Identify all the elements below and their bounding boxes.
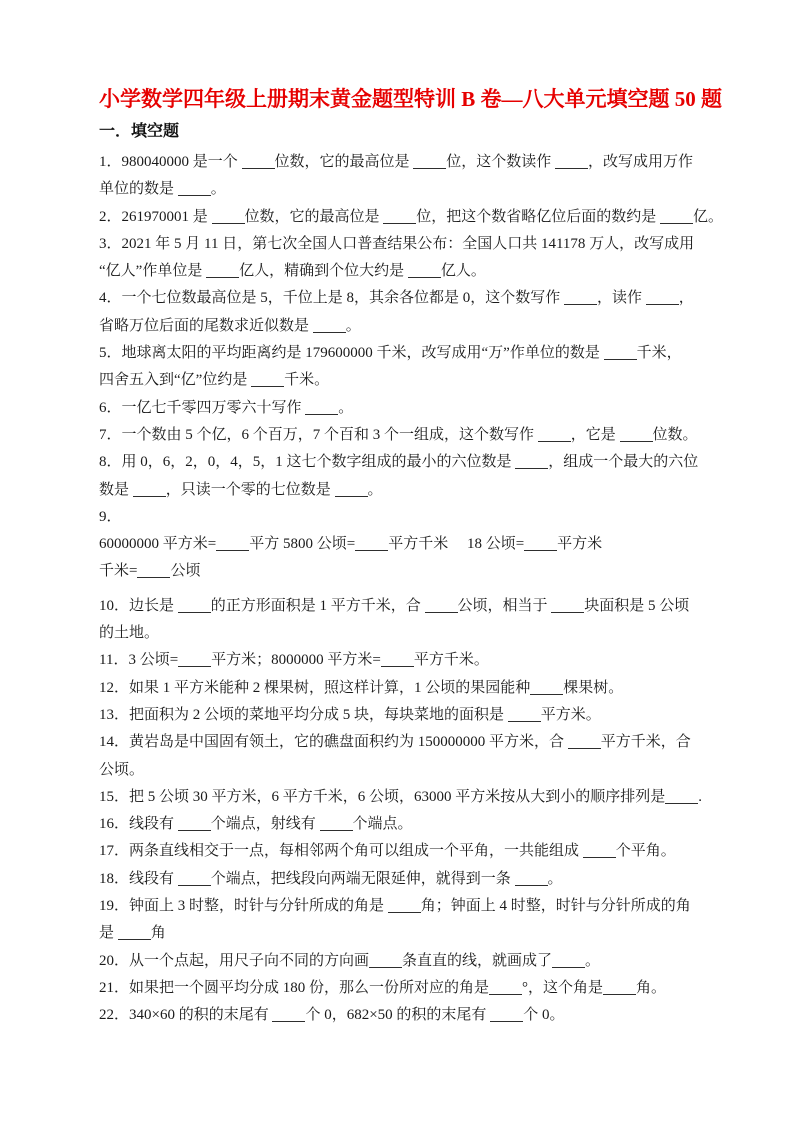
answer-blank [515,872,548,886]
answer-blank [369,954,402,968]
question-9: 9．60000000 平方米=平方 5800 公顷=平方千米 18 公顷=平方米… [99,504,751,586]
answer-blank [178,872,211,886]
answer-blank [242,155,275,169]
question-13: 13．把面积为 2 公顷的菜地平均分成 5 块，每块菜地的面积是 平方米。 [99,702,751,729]
question-11: 11．3 公顷=平方米；8000000 平方米=平方千米。 [99,647,751,674]
answer-blank [646,291,679,305]
question-6: 6．一亿七千零四万零六十写作 。 [99,395,751,422]
question-2: 2．261970001 是 位数，它的最高位是 位，把这个数省略亿位后面的数约是… [99,204,751,231]
answer-blank [216,537,249,551]
question-list: 1．980040000 是一个 位数，它的最高位是 位，这个数读作 ，改写成用万… [99,149,751,1030]
question-5: 5．地球离太阳的平均距离约是 179600000 千米，改写成用“万”作单位的数… [99,340,751,395]
answer-blank [206,264,239,278]
answer-blank [118,926,151,940]
answer-blank [552,954,585,968]
question-21: 21．如果把一个圆平均分成 180 份，那么一份所对应的角是°，这个角是角。 [99,975,751,1002]
answer-blank [355,537,388,551]
answer-blank [538,428,571,442]
question-16: 16．线段有 个端点，射线有 个端点。 [99,811,751,838]
answer-blank [425,599,458,613]
answer-blank [272,1008,305,1022]
question-10: 10．边长是 的正方形面积是 1 平方千米，合 公顷，相当于 块面积是 5 公顷… [99,593,751,648]
answer-blank [178,599,211,613]
answer-blank [305,401,338,415]
answer-blank [137,564,170,578]
question-17: 17．两条直线相交于一点，每相邻两个角可以组成一个平角，一共能组成 个平角。 [99,838,751,865]
answer-blank [583,844,616,858]
answer-blank [604,346,637,360]
answer-blank [408,264,441,278]
question-3: 3．2021 年 5 月 11 日，第七次全国人口普查结果公布：全国人口共 14… [99,231,751,286]
answer-blank [530,681,563,695]
question-15: 15．把 5 公顷 30 平方米，6 平方千米，6 公顷，63000 平方米按从… [99,784,751,811]
answer-blank [660,210,693,224]
answer-blank [320,817,353,831]
answer-blank [388,899,421,913]
answer-blank [133,483,166,497]
answer-blank [313,319,346,333]
question-18: 18．线段有 个端点，把线段向两端无限延伸，就得到一条 。 [99,866,751,893]
answer-blank [524,537,557,551]
answer-blank [515,455,548,469]
answer-blank [335,483,368,497]
answer-blank [490,1008,523,1022]
answer-blank [620,428,653,442]
question-8: 8．用 0，6，2，0，4，5，1 这七个数字组成的最小的六位数是 ，组成一个最… [99,449,751,504]
answer-blank [178,653,211,667]
answer-blank [178,817,211,831]
question-14: 14．黄岩岛是中国固有领土，它的礁盘面积约为 150000000 平方米，合 平… [99,729,751,784]
answer-blank [564,291,597,305]
answer-blank [413,155,446,169]
answer-blank [665,790,698,804]
answer-blank [551,599,584,613]
worksheet-page: 小学数学四年级上册期末黄金题型特训 B 卷—八大单元填空题 50 题 一．填空题… [0,0,793,1122]
answer-blank [383,210,416,224]
answer-blank [489,981,522,995]
question-1: 1．980040000 是一个 位数，它的最高位是 位，这个数读作 ，改写成用万… [99,149,751,204]
question-4: 4．一个七位数最高位是 5，千位上是 8，其余各位都是 0，这个数写作 ，读作 … [99,285,751,340]
question-12: 12．如果 1 平方米能种 2 棵果树，照这样计算，1 公顷的果园能种棵果树。 [99,675,751,702]
page-title: 小学数学四年级上册期末黄金题型特训 B 卷—八大单元填空题 50 题 [99,84,749,114]
answer-blank [178,182,211,196]
question-22: 22．340×60 的积的末尾有 个 0，682×50 的积的末尾有 个 0。 [99,1002,751,1029]
answer-blank [381,653,414,667]
question-19: 19．钟面上 3 时整，时针与分针所成的角是 角；钟面上 4 时整，时针与分针所… [99,893,751,948]
section-heading: 一．填空题 [99,121,793,142]
answer-blank [568,735,601,749]
answer-blank [212,210,245,224]
answer-blank [251,373,284,387]
answer-blank [603,981,636,995]
answer-blank [555,155,588,169]
answer-blank [508,708,541,722]
question-7: 7．一个数由 5 个亿，6 个百万，7 个百和 3 个一组成，这个数写作 ，它是… [99,422,751,449]
question-20: 20．从一个点起，用尺子向不同的方向画条直直的线，就画成了。 [99,948,751,975]
